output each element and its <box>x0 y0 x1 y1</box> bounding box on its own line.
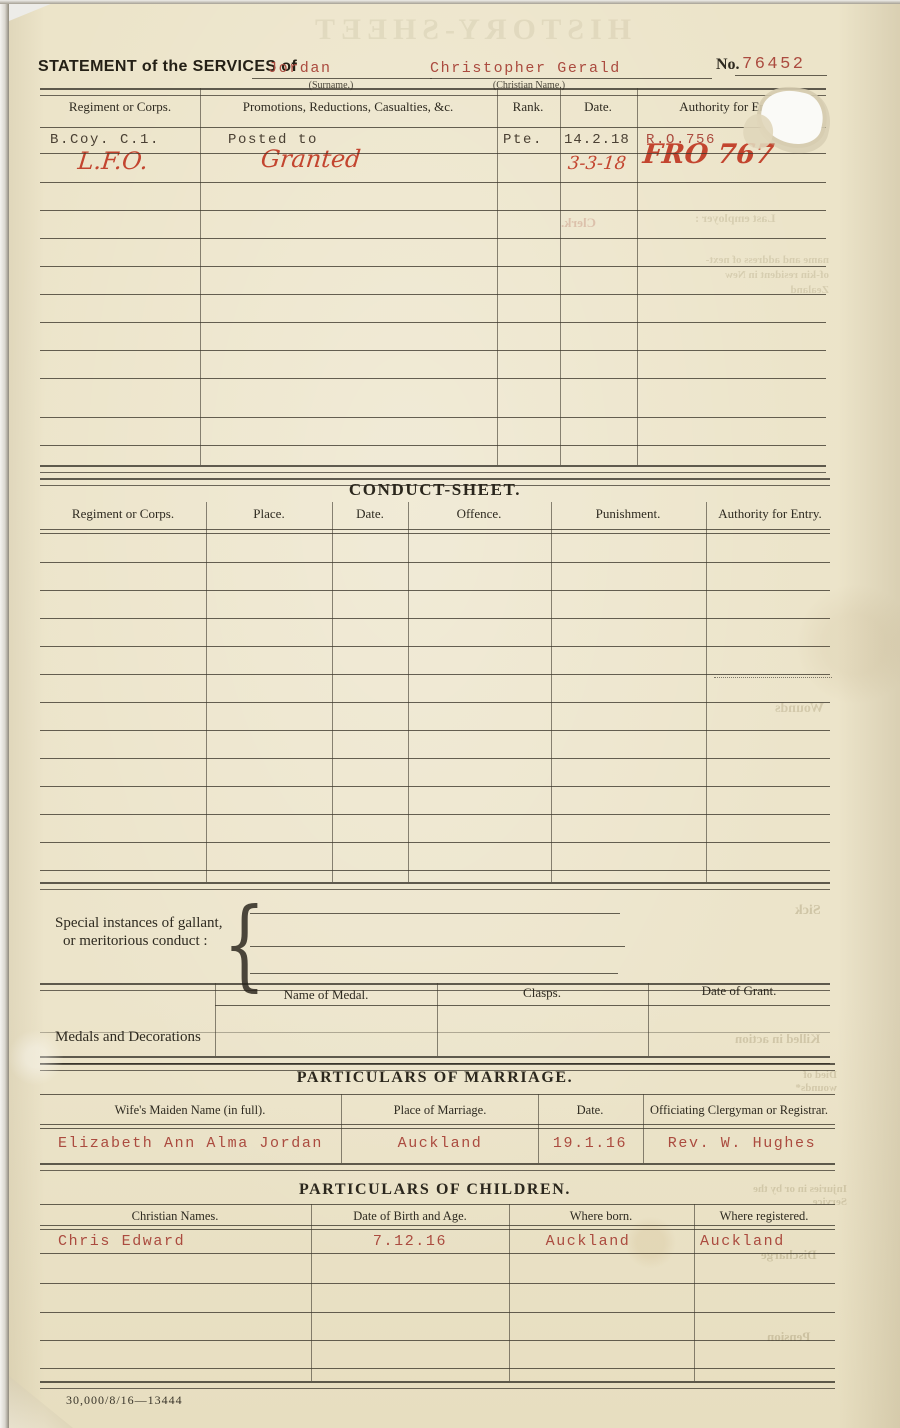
column-rule-line <box>437 983 438 1056</box>
row-rule-line <box>40 983 830 991</box>
children-col-names: Christian Names. <box>132 1209 219 1224</box>
row-rule-line <box>250 973 618 974</box>
marriage-col-wife: Wife's Maiden Name (in full). <box>115 1103 266 1118</box>
row-rule-line <box>40 445 826 446</box>
column-rule-line <box>332 502 333 882</box>
services-col-regiment: Regiment or Corps. <box>69 99 171 115</box>
row-rule-line <box>40 417 826 418</box>
service-entry-date: 14.2.18 <box>564 132 630 148</box>
column-rule-line <box>497 88 498 465</box>
row-rule-line <box>40 618 830 619</box>
column-rule-line <box>560 88 561 465</box>
row-rule-line <box>40 842 830 843</box>
row-rule-line <box>40 1128 835 1129</box>
row-rule-line <box>40 1312 835 1313</box>
column-rule-line <box>509 1204 510 1381</box>
row-rule-line <box>40 1204 835 1205</box>
row-rule-line <box>40 238 826 239</box>
row-rule-line <box>250 913 620 914</box>
row-rule-line <box>40 590 830 591</box>
child-born-value: Auckland <box>546 1233 631 1250</box>
row-rule-line <box>40 1094 835 1095</box>
marriage-wife-value: Elizabeth Ann Alma Jordan <box>58 1135 323 1152</box>
column-rule-line <box>206 502 207 882</box>
column-rule-line <box>341 1094 342 1163</box>
row-rule-line <box>40 674 830 675</box>
row-rule-line <box>40 646 830 647</box>
bleedthrough-text-red: Clerk. <box>561 215 596 231</box>
row-rule-line <box>40 210 826 211</box>
marriage-col-place: Place of Marriage. <box>394 1103 487 1118</box>
row-rule-line <box>40 1163 835 1171</box>
row-rule-line <box>250 946 625 947</box>
marriage-title: PARTICULARS OF MARRIAGE. <box>297 1069 574 1087</box>
bleedthrough-text: Pension <box>767 1329 810 1345</box>
row-rule-line <box>40 153 826 154</box>
gallant-conduct-label-line2: or meritorious conduct : <box>63 933 208 950</box>
bleedthrough-paragraph: name and address of next-of-kin resident… <box>701 253 829 298</box>
bleedthrough-text: Last employer : <box>695 211 775 226</box>
row-rule-line <box>252 78 432 79</box>
service-entry-regiment: B.Coy. C.1. <box>50 132 160 148</box>
row-rule-line <box>40 1124 835 1125</box>
row-rule-line <box>40 730 830 731</box>
service-entry-regiment-handwritten: L.F.O. <box>77 147 150 175</box>
row-rule-line <box>40 1381 835 1389</box>
column-rule-line <box>706 502 707 882</box>
row-rule-line <box>40 562 830 563</box>
row-rule-line <box>40 702 830 703</box>
column-rule-line <box>538 1094 539 1163</box>
row-rule-line <box>40 758 830 759</box>
row-rule-line <box>40 1368 835 1369</box>
row-rule-line <box>40 529 830 530</box>
services-col-rank: Rank. <box>513 99 544 115</box>
column-rule-line <box>215 983 216 1056</box>
conduct-col-punishment: Punishment. <box>596 506 661 522</box>
marriage-date-value: 19.1.16 <box>553 1135 627 1152</box>
marriage-place-value: Auckland <box>398 1135 483 1152</box>
christian-name-value: Christopher Gerald <box>430 60 621 77</box>
row-rule-line <box>40 1225 835 1226</box>
row-rule-line <box>40 88 826 96</box>
child-dob-value: 7.12.16 <box>373 1233 447 1250</box>
marriage-col-date: Date. <box>577 1103 604 1118</box>
column-rule-line <box>648 983 649 1056</box>
child-name-value: Chris Edward <box>58 1233 185 1250</box>
statement-of-services-label: STATEMENT of the SERVICES of <box>38 58 297 76</box>
paper-corner-wedge <box>9 3 53 21</box>
row-rule-line <box>40 266 826 267</box>
print-imprint: 30,000/8/16—13444 <box>66 1393 183 1408</box>
children-col-registered: Where registered. <box>720 1209 809 1224</box>
marriage-clergyman-value: Rev. W. Hughes <box>668 1135 816 1152</box>
children-col-born: Where born. <box>570 1209 632 1224</box>
column-rule-line <box>200 88 201 465</box>
conduct-col-regiment: Regiment or Corps. <box>72 506 174 522</box>
bleedthrough-text: Killed in action <box>735 1031 820 1047</box>
paper-sheet: HISTORY-SHEET Last employer : Clerk. nam… <box>9 3 900 1428</box>
row-rule-line <box>40 1229 835 1230</box>
bleedthrough-text: Died of wounds* <box>761 1069 837 1095</box>
column-rule-line <box>637 88 638 465</box>
gallant-conduct-label-line1: Special instances of gallant, <box>55 915 222 932</box>
children-col-dob: Date of Birth and Age. <box>353 1209 467 1224</box>
row-rule-line <box>40 478 830 486</box>
scan-bed-edge-top <box>0 0 900 4</box>
row-rule-line <box>40 1253 835 1254</box>
scanned-service-record: HISTORY-SHEET Last employer : Clerk. nam… <box>0 0 900 1428</box>
row-rule-line <box>40 870 830 871</box>
row-rule-line <box>40 1063 835 1071</box>
row-rule-line <box>40 533 830 534</box>
row-rule-line <box>40 1340 835 1341</box>
child-registered-value: Auckland <box>700 1233 785 1250</box>
row-rule-line <box>40 294 826 295</box>
services-col-promotions: Promotions, Reductions, Casualties, &c. <box>243 99 454 115</box>
scan-bed-edge-left <box>0 0 9 1428</box>
row-rule-line <box>40 814 830 815</box>
row-rule-line <box>40 378 826 379</box>
conduct-col-authority: Authority for Entry. <box>718 506 822 522</box>
column-rule-line <box>311 1204 312 1381</box>
bleedthrough-text: Wounds <box>775 701 824 717</box>
bleedthrough-text: Sick <box>795 903 821 919</box>
row-rule-line <box>714 677 832 679</box>
number-label: No. <box>716 56 740 74</box>
surname-value: Jordan <box>268 60 332 77</box>
row-rule-line <box>40 882 830 890</box>
conduct-col-offence: Offence. <box>457 506 502 522</box>
row-rule-line <box>215 1005 830 1006</box>
row-rule-line <box>40 1032 830 1033</box>
row-rule-line <box>40 322 826 323</box>
service-entry-date-handwritten: 3-3-18 <box>567 153 627 174</box>
row-rule-line <box>40 786 830 787</box>
services-col-date: Date. <box>584 99 612 115</box>
column-rule-line <box>551 502 552 882</box>
bleedthrough-paragraph: Injuries in or by the Service <box>751 1183 847 1209</box>
column-rule-line <box>643 1094 644 1163</box>
row-rule-line <box>430 78 712 79</box>
number-value: 76452 <box>742 55 806 74</box>
service-entry-promotion-handwritten: Granted <box>260 145 363 173</box>
marriage-col-clergyman: Officiating Clergyman or Registrar. <box>650 1103 828 1118</box>
row-rule-line <box>735 75 827 76</box>
children-title: PARTICULARS OF CHILDREN. <box>299 1181 571 1199</box>
column-rule-line <box>694 1204 695 1381</box>
row-rule-line <box>40 1283 835 1284</box>
row-rule-line <box>40 127 826 128</box>
bleedthrough-history-sheet: HISTORY-SHEET <box>309 13 631 47</box>
service-entry-rank: Pte. <box>503 132 543 148</box>
conduct-col-place: Place. <box>253 506 284 522</box>
row-rule-line <box>40 350 826 351</box>
row-rule-line <box>40 182 826 183</box>
row-rule-line <box>40 465 826 473</box>
conduct-col-date: Date. <box>356 506 384 522</box>
column-rule-line <box>408 502 409 882</box>
